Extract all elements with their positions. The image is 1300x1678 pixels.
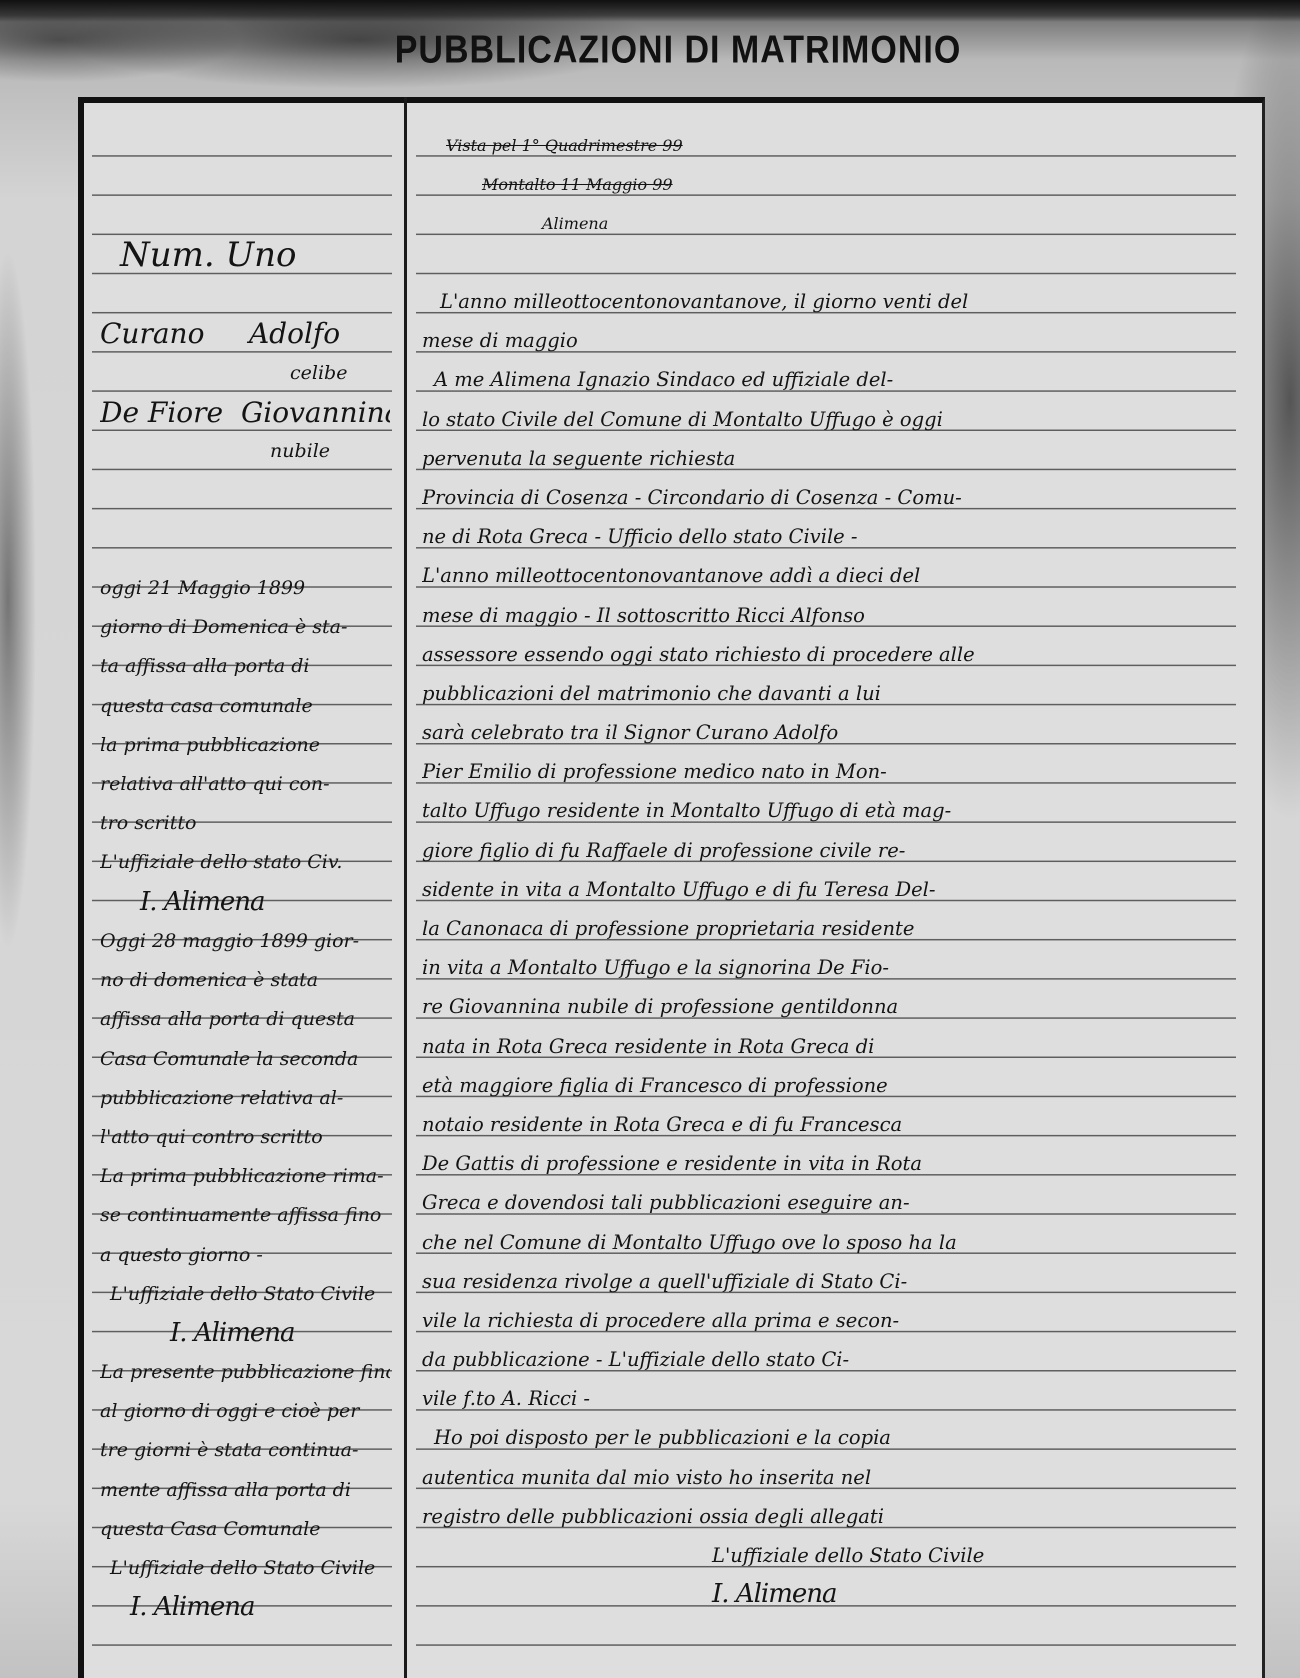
body-line: registro delle pubblicazioni ossia degli… (422, 1497, 1237, 1536)
note-line: questa Casa Comunale (100, 1510, 390, 1549)
body-line: sarà celebrato tra il Signor Curano Adol… (422, 713, 1237, 752)
bride-name: De Fiore Giovannina (100, 393, 390, 432)
body-line: vile la richiesta di procedere alla prim… (422, 1301, 1237, 1340)
note-line: La presente pubblicazione fino (100, 1353, 390, 1392)
note-line: giorno di Domenica è sta- (100, 608, 390, 647)
body-line: Pier Emilio di professione medico nato i… (422, 752, 1237, 791)
bride-given-name: Giovannina (241, 396, 390, 429)
body-line: Provincia di Cosenza - Circondario di Co… (422, 478, 1237, 517)
note-line: questa casa comunale (100, 687, 390, 726)
note-line: relativa all'atto qui con- (100, 765, 390, 804)
note-line: l'atto qui contro scritto (100, 1118, 390, 1157)
groom-surname: Curano (100, 317, 204, 350)
note-line: oggi 21 Maggio 1899 (100, 569, 390, 608)
body-line: pervenuta la seguente richiesta (422, 439, 1237, 478)
header-notes: Vista pel 1° Quadrimestre 99 Montalto 11… (422, 126, 1237, 244)
note-line: affissa alla porta di questa (100, 1000, 390, 1039)
note-line: a questo giorno - (100, 1236, 390, 1275)
act-body: L'anno milleottocentonovantanove, il gio… (422, 282, 1237, 1614)
closing-note: La presente pubblicazione fino al giorno… (100, 1353, 390, 1627)
act-number: Num. Uno (100, 236, 390, 275)
note-line: la prima pubblicazione (100, 726, 390, 765)
page-title: PUBBLICAZIONI DI MATRIMONIO (318, 28, 1038, 73)
body-line: A me Alimena Ignazio Sindaco ed uffizial… (422, 360, 1237, 399)
body-line: notaio residente in Rota Greca e di fu F… (422, 1105, 1237, 1144)
note-line: tre giorni è stata continua- (100, 1431, 390, 1470)
body-line: lo stato Civile del Comune di Montalto U… (422, 400, 1237, 439)
groom-given-name: Adolfo (249, 317, 340, 350)
note-line: Casa Comunale la seconda (100, 1040, 390, 1079)
body-line: sua residenza rivolge a quell'uffiziale … (422, 1262, 1237, 1301)
body-line: talto Uffugo residente in Montalto Uffug… (422, 791, 1237, 830)
body-line: in vita a Montalto Uffugo e la signorina… (422, 948, 1237, 987)
body-line: De Gattis di professione e residente in … (422, 1144, 1237, 1183)
body-line: che nel Comune di Montalto Uffugo ove lo… (422, 1223, 1237, 1262)
body-line: ne di Rota Greca - Ufficio dello stato C… (422, 517, 1237, 556)
note-line: no di domenica è stata (100, 961, 390, 1000)
body-line: L'anno milleottocentonovantanove, il gio… (422, 282, 1237, 321)
spacer (100, 275, 390, 314)
official-signature: I. Alimena (100, 1314, 390, 1353)
groom-name: Curano Adolfo (100, 314, 390, 353)
note-line: L'uffiziale dello Stato Civile (100, 1549, 390, 1588)
body-line: mese di maggio - Il sottoscritto Ricci A… (422, 596, 1237, 635)
left-column: Num. Uno Curano Adolfo celibe De Fiore G… (100, 236, 390, 471)
scan-top-shadow (0, 0, 1300, 22)
official-signature: I. Alimena (100, 883, 390, 922)
body-line: L'anno milleottocentonovantanove addì a … (422, 556, 1237, 595)
body-line: vile f.to A. Ricci - (422, 1379, 1237, 1418)
body-line: nata in Rota Greca residente in Rota Gre… (422, 1027, 1237, 1066)
note-line: Oggi 28 maggio 1899 gior- (100, 922, 390, 961)
bride-status: nubile (100, 432, 390, 471)
note-line: L'uffiziale dello stato Civ. (100, 843, 390, 882)
body-line: la Canonaca di professione proprietaria … (422, 909, 1237, 948)
note-line: La prima pubblicazione rima- (100, 1157, 390, 1196)
signature-title: L'uffiziale dello Stato Civile (422, 1536, 1237, 1575)
second-publication-note: Oggi 28 maggio 1899 gior- no di domenica… (100, 922, 390, 1353)
body-line: mese di maggio (422, 321, 1237, 360)
body-line: re Giovannina nubile di professione gent… (422, 987, 1237, 1026)
visa-date: Montalto 11 Maggio 99 (422, 165, 1237, 204)
note-line: mente affissa alla porta di (100, 1471, 390, 1510)
column-divider (404, 97, 407, 1678)
body-line: Ho poi disposto per le pubblicazioni e l… (422, 1418, 1237, 1457)
body-line: assessore essendo oggi stato richiesto d… (422, 635, 1237, 674)
body-line: sidente in vita a Montalto Uffugo e di f… (422, 870, 1237, 909)
body-line: pubblicazioni del matrimonio che davanti… (422, 674, 1237, 713)
note-line: se continuamente affissa fino (100, 1196, 390, 1235)
body-line: Greca e dovendosi tali pubblicazioni ese… (422, 1183, 1237, 1222)
groom-status: celibe (100, 354, 390, 393)
bride-surname: De Fiore (100, 396, 223, 429)
official-signature: I. Alimena (422, 1575, 1237, 1614)
first-publication-note: oggi 21 Maggio 1899 giorno di Domenica è… (100, 569, 390, 922)
official-signature: I. Alimena (100, 1588, 390, 1627)
body-line: giore figlio di fu Raffaele di professio… (422, 831, 1237, 870)
note-line: tro scritto (100, 804, 390, 843)
note-line: ta affissa alla porta di (100, 647, 390, 686)
body-line: età maggiore figlia di Francesco di prof… (422, 1066, 1237, 1105)
body-line: autentica munita dal mio visto ho inseri… (422, 1458, 1237, 1497)
visa-note: Vista pel 1° Quadrimestre 99 (422, 126, 1237, 165)
body-line: da pubblicazione - L'uffiziale dello sta… (422, 1340, 1237, 1379)
visa-signature: Alimena (422, 204, 1237, 243)
note-line: L'uffiziale dello Stato Civile (100, 1275, 390, 1314)
note-line: al giorno di oggi e cioè per (100, 1392, 390, 1431)
note-line: pubblicazione relativa al- (100, 1079, 390, 1118)
